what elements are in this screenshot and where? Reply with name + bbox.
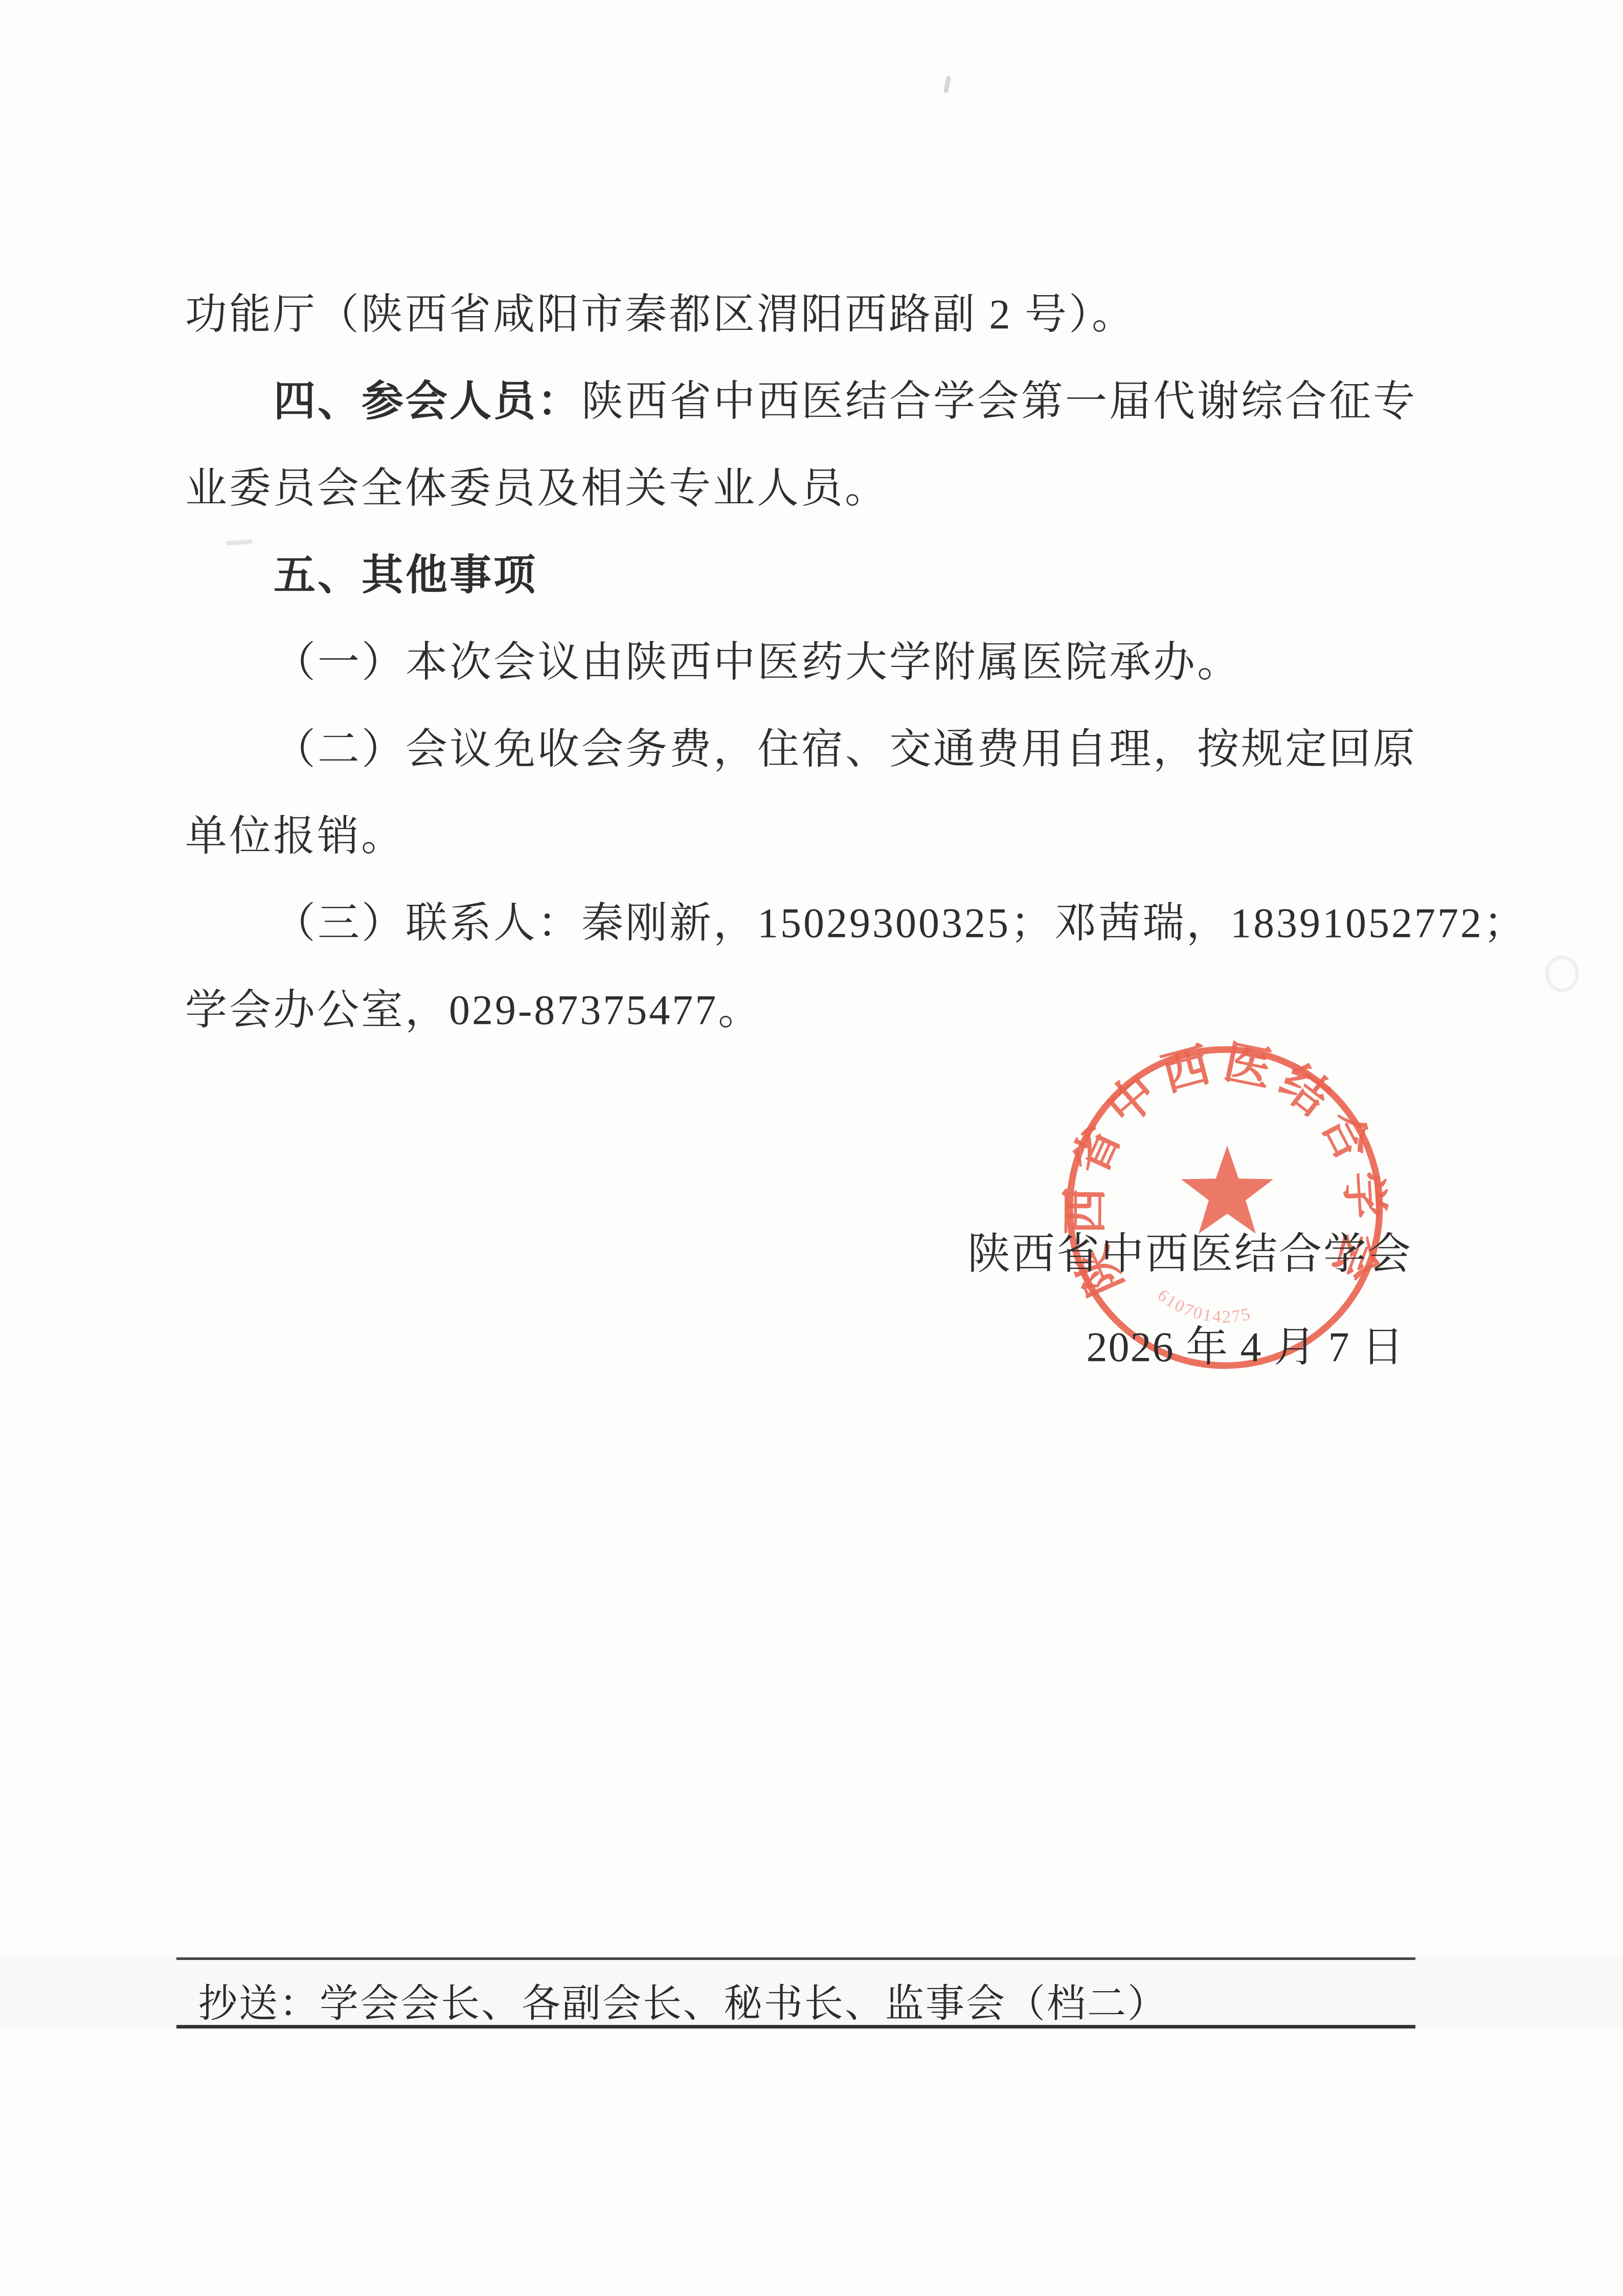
signature-date: 2026 年 4 月 7 日 [1087,1313,1405,1373]
body-paragraph-item-2: （二）会议免收会务费，住宿、交通费用自理，按规定回原 [274,725,1417,773]
body-paragraph-item-2-continuation: 单位报销。 [185,812,405,860]
document-page: 功能厅（陕西省咸阳市秦都区渭阳西路副 2 号）。 四、参会人员：陕西省中西医结合… [0,0,1623,2296]
signature-organization: 陕西省中西医结合学会 [967,1219,1412,1281]
footer-divider-top [176,1957,1415,1960]
body-paragraph-item-3-continuation: 学会办公室，029-87375477。 [185,986,762,1034]
section-heading-other-matters: 五、其他事项 [274,551,537,599]
section-heading-text: 五、其他事项 [274,552,537,598]
footer-divider-bottom [176,2025,1415,2028]
body-paragraph-item-3-contacts: （三）联系人：秦刚新，15029300325；邓茜瑞，18391052772； [274,899,1527,947]
body-paragraph-venue-continuation: 功能厅（陕西省咸阳市秦都区渭阳西路副 2 号）。 [185,291,1136,339]
scan-artifact [943,75,952,93]
paragraph-heading-attendees: 四、参会人员： [274,378,581,425]
footer-cc-line: 抄送：学会会长、各副会长、秘书长、监事会（档二） [198,1972,1168,2028]
body-paragraph-item-1: （一）本次会议由陕西中医药大学附属医院承办。 [274,638,1241,686]
body-paragraph-attendees: 四、参会人员：陕西省中西医结合学会第一届代谢综合征专 [274,377,1417,426]
body-paragraph-attendees-continuation: 业委员会全体委员及相关专业人员。 [185,464,889,512]
paragraph-text-attendees: 陕西省中西医结合学会第一届代谢综合征专 [581,378,1417,425]
scan-artifact [226,539,253,546]
scan-artifact [1545,955,1579,992]
